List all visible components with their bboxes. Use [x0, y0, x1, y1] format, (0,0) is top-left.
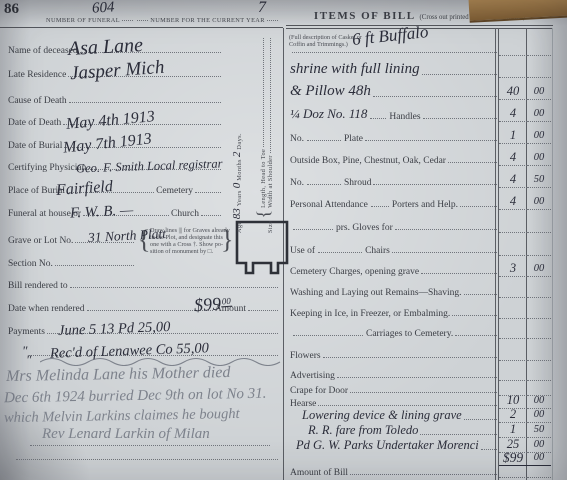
cents-cell	[527, 338, 551, 339]
cents-cell: 00	[527, 84, 551, 100]
field-line-end	[248, 308, 278, 311]
row-line	[481, 447, 497, 450]
cents-cell: 00	[527, 407, 551, 423]
row-handwritten: R. R. fare from Toledo	[308, 423, 418, 438]
age-label: Age	[236, 221, 243, 233]
ditto-mark-2: "	[26, 352, 31, 368]
cents-cell	[527, 77, 551, 78]
grave-note-line: sition of monument by □.	[150, 248, 230, 255]
row-label: Flowers	[290, 351, 321, 361]
funeral-no-line	[122, 18, 133, 21]
row-line	[373, 182, 497, 185]
row-blank	[370, 116, 386, 119]
row-label: Handles	[389, 112, 420, 122]
years-label: Years	[236, 190, 243, 206]
cents-cell: 00	[527, 150, 551, 166]
field-line	[69, 100, 221, 103]
field-value: May 4th 1913	[65, 108, 155, 134]
ledger-page: 86 NUMBER OF FUNERAL NUMBER FOR THE CURR…	[0, 0, 567, 480]
field-value: Fairfield	[55, 178, 113, 200]
bill-row-chairs: Use of Chairs	[290, 236, 551, 256]
months-value: 0	[231, 183, 243, 189]
row-line	[365, 138, 497, 141]
bill-row-amount-of-bill: Amount of Bill	[290, 463, 551, 478]
field-section-no: Section No.	[8, 249, 136, 269]
field-payments: Payments June 5 13 Pd 25,00	[8, 317, 280, 337]
field-label: Late Residence	[8, 70, 66, 80]
funeral-number-row: NUMBER OF FUNERAL NUMBER FOR THE CURRENT…	[46, 2, 280, 24]
field-line	[55, 263, 134, 266]
cents-cell	[527, 477, 551, 478]
cents-cell	[527, 55, 551, 56]
dollars-cell	[499, 255, 527, 256]
cents-cell	[527, 297, 551, 298]
bill-row-lowering-device: Lowering device & lining grave 2 00	[290, 408, 551, 423]
bill-row-carriages: Carriages to Cemetery.	[290, 319, 551, 339]
field-name-of-deceased: Name of deceased Asa Lane	[8, 36, 223, 56]
bill-row-embalming: Keeping in Ice, in Freezer, or Embalming…	[290, 299, 551, 319]
blank-bottom-line	[16, 458, 278, 460]
cents-cell	[527, 255, 551, 256]
header-rule-left	[0, 27, 283, 28]
field-date-of-burial: Date of Burial May 7th 1913	[8, 131, 223, 151]
row-line	[455, 333, 497, 336]
row-line	[373, 94, 497, 97]
dollars-cell: 3	[499, 261, 527, 277]
width-label: Width at Shoulder	[267, 155, 274, 208]
field-date-when-rendered: Date when rendered Amount $9900	[8, 294, 280, 314]
row-line	[350, 472, 497, 475]
field-value: F. W. B. —	[70, 202, 134, 222]
field-bill-rendered-to: Bill rendered to	[8, 271, 280, 291]
row-label: Keeping in Ice, in Freezer, or Embalming…	[290, 309, 450, 319]
bill-row-pillow: & Pillow 48h 40 00	[290, 80, 551, 100]
row-line	[452, 313, 497, 316]
row-line	[392, 250, 497, 253]
funeral-no-line2	[137, 18, 148, 21]
dollars-cell	[499, 232, 527, 233]
current-year-label: NUMBER FOR THE CURRENT YEAR	[150, 17, 265, 24]
pencil-note-underline	[30, 444, 270, 446]
field-funeral-at-house-or-church: Funeral at house or Church F. W. B. —	[8, 199, 223, 219]
row-line	[460, 204, 497, 207]
dollars-cell: 2	[499, 407, 527, 423]
dollars-cell	[499, 77, 527, 78]
field-label: Cause of Death	[8, 96, 67, 106]
row-line	[464, 417, 497, 420]
pencil-note-2: Dec 6th 1924 burried Dec 9th on lot No 3…	[4, 386, 267, 408]
row-line	[350, 390, 497, 393]
bill-row-plate: No. Plate 1 00	[290, 124, 551, 144]
row-label: prs. Gloves for	[336, 223, 393, 233]
field-certifying-physician: Certifying Physician Geo. F. Smith Local…	[8, 153, 223, 173]
bill-row-handles: ¼ Doz No. 118 Handles 4 00	[290, 102, 551, 122]
field-label: Date when rendered	[8, 304, 85, 314]
size-label: Size	[267, 221, 274, 233]
days-value: 2	[231, 152, 243, 158]
row-line	[421, 271, 497, 274]
row-handwritten: & Pillow 48h	[290, 83, 371, 100]
current-year-line	[267, 18, 278, 21]
row-blank	[307, 138, 341, 141]
field-suffix-church: Church	[171, 209, 199, 219]
row-label: Use of	[290, 246, 315, 256]
current-year-value: 7	[258, 0, 266, 17]
field-cause-of-death: Cause of Death	[8, 86, 223, 106]
bill-row-gloves: prs. Gloves for	[290, 213, 551, 233]
amount-cents: 00	[220, 296, 232, 308]
row-handwritten: ¼ Doz No. 118	[290, 106, 367, 122]
amount-dollars: $99	[193, 293, 221, 315]
row-label2: Shroud	[344, 178, 371, 188]
bill-row-shroud: No. Shroud 4 50	[290, 168, 551, 188]
size-brace: {	[253, 210, 274, 219]
payment-entry-1: June 5 13 Pd 25,00	[58, 319, 171, 340]
months-label: Months	[236, 159, 243, 181]
items-title-text: ITEMS OF BILL	[314, 10, 416, 22]
cents-cell	[527, 232, 551, 233]
size-strip: Size { Length, Head to Toe Width at Shou…	[248, 36, 274, 233]
field-value: Asa Lane	[67, 34, 143, 61]
row-line	[464, 292, 497, 295]
pencil-note-1: Mrs Melinda Lane his Mother died	[6, 364, 231, 386]
amount-value: $9900	[193, 293, 232, 317]
bill-row-advertising: Advertising	[290, 361, 551, 381]
row-label: Washing and Laying out Remains—Shaving.	[290, 288, 462, 298]
field-label: Payments	[8, 327, 45, 337]
field-late-residence: Late Residence Jasper Mich	[8, 60, 223, 80]
field-date-of-death: Date of Death May 4th 1913	[8, 108, 223, 128]
row-line	[337, 375, 497, 378]
field-label: Date of Burial	[8, 141, 62, 151]
row-blank	[318, 250, 362, 253]
field-label: Bill rendered to	[8, 281, 68, 291]
dollars-cell: 4	[499, 106, 527, 122]
days-label: Days.	[236, 133, 243, 150]
cents-cell: 00	[527, 261, 551, 277]
row-label: Carriages to Cemetery.	[366, 329, 453, 339]
funeral-no-value: 604	[92, 0, 115, 18]
row-line	[448, 160, 497, 163]
row-handwritten: Lowering device & lining grave	[302, 408, 462, 423]
cents-cell: 00	[527, 128, 551, 144]
row-label2: Plate	[344, 134, 363, 144]
dollars-cell: 1	[499, 422, 527, 438]
row-line	[420, 432, 497, 435]
dollars-cell: 40	[499, 84, 527, 100]
field-line	[70, 285, 278, 288]
row-line	[318, 403, 497, 406]
row-blank	[293, 227, 333, 230]
row-label2: Porters and Help.	[392, 200, 458, 210]
dollars-cell: 4	[499, 150, 527, 166]
pencil-note-3: which Melvin Larkins claimes he bought	[4, 406, 240, 427]
row-blank	[307, 182, 341, 185]
dollars-cell	[499, 338, 527, 339]
page-edge-rule	[552, 28, 553, 480]
bill-row-flowers: Flowers	[290, 341, 551, 361]
row-line	[395, 227, 497, 230]
dollars-cell: 4	[499, 172, 527, 188]
row-line	[323, 355, 497, 358]
dollars-cell: 4	[499, 194, 527, 210]
bill-row-washing: Washing and Laying out Remains—Shaving.	[290, 278, 551, 298]
bill-row-lining: shrine with full lining	[290, 58, 551, 78]
length-label: Length, Head to Toe	[260, 149, 267, 208]
field-suffix-cemetery: Cemetery	[156, 186, 193, 196]
field-label: Date of Death	[8, 118, 61, 128]
row-blank	[371, 204, 389, 207]
field-label: Section No.	[8, 259, 53, 269]
row-handwritten: shrine with full lining	[290, 61, 420, 78]
dollars-cell: 1	[499, 128, 527, 144]
dollars-cell	[499, 477, 527, 478]
funeral-no-label: NUMBER OF FUNERAL	[46, 17, 120, 24]
field-label: Certifying Physician	[8, 163, 86, 173]
row-label2: Chairs	[365, 246, 390, 256]
bill-row-outside-box: Outside Box, Pine, Chestnut, Oak, Cedar …	[290, 146, 551, 166]
bill-row-cemetery-charges: Cemetery Charges, opening grave 3 00	[290, 257, 551, 277]
row-label: No.	[290, 178, 304, 188]
field-line-end	[195, 190, 221, 193]
cents-cell: 00	[527, 106, 551, 122]
dollars-cell	[499, 55, 527, 56]
field-label: Grave or Lot No.	[8, 236, 73, 246]
row-label: Amount of Bill	[290, 468, 348, 478]
row-line	[422, 72, 497, 75]
bill-row-rr-fare: R. R. fare from Toledo 1 50	[290, 423, 551, 438]
length-line	[261, 38, 264, 147]
width-line	[268, 38, 271, 153]
dollars-cell	[499, 297, 527, 298]
field-value: Geo. F. Smith Local registrar	[76, 156, 223, 176]
age-strip: Age 83 Years 0 Months 2 Days.	[229, 36, 243, 233]
row-line	[292, 50, 497, 53]
row-label: No.	[290, 134, 304, 144]
pencil-note-4: Rev Lenard Larkin of Milan	[42, 426, 210, 443]
field-line-end	[201, 213, 221, 216]
bill-row-personal-attendance: Personal Attendance Porters and Help. 4 …	[290, 190, 551, 210]
field-grave-or-lot-no: Grave or Lot No. 31 North Platt	[8, 226, 136, 246]
field-place-of-burial: Place of Burial Cemetery Fairfield	[8, 176, 223, 196]
row-line	[423, 116, 497, 119]
age-value: 83	[231, 208, 243, 219]
row-label: Personal Attendance	[290, 200, 368, 210]
row-label: Outside Box, Pine, Chestnut, Oak, Cedar	[290, 156, 446, 166]
row-label: Cemetery Charges, opening grave	[290, 267, 419, 277]
cents-cell: 50	[527, 422, 551, 438]
cents-cell: 00	[527, 194, 551, 210]
field-value: Jasper Mich	[69, 57, 165, 86]
page-number: 86	[4, 1, 19, 18]
row-blank	[293, 333, 363, 336]
cents-cell: 50	[527, 172, 551, 188]
